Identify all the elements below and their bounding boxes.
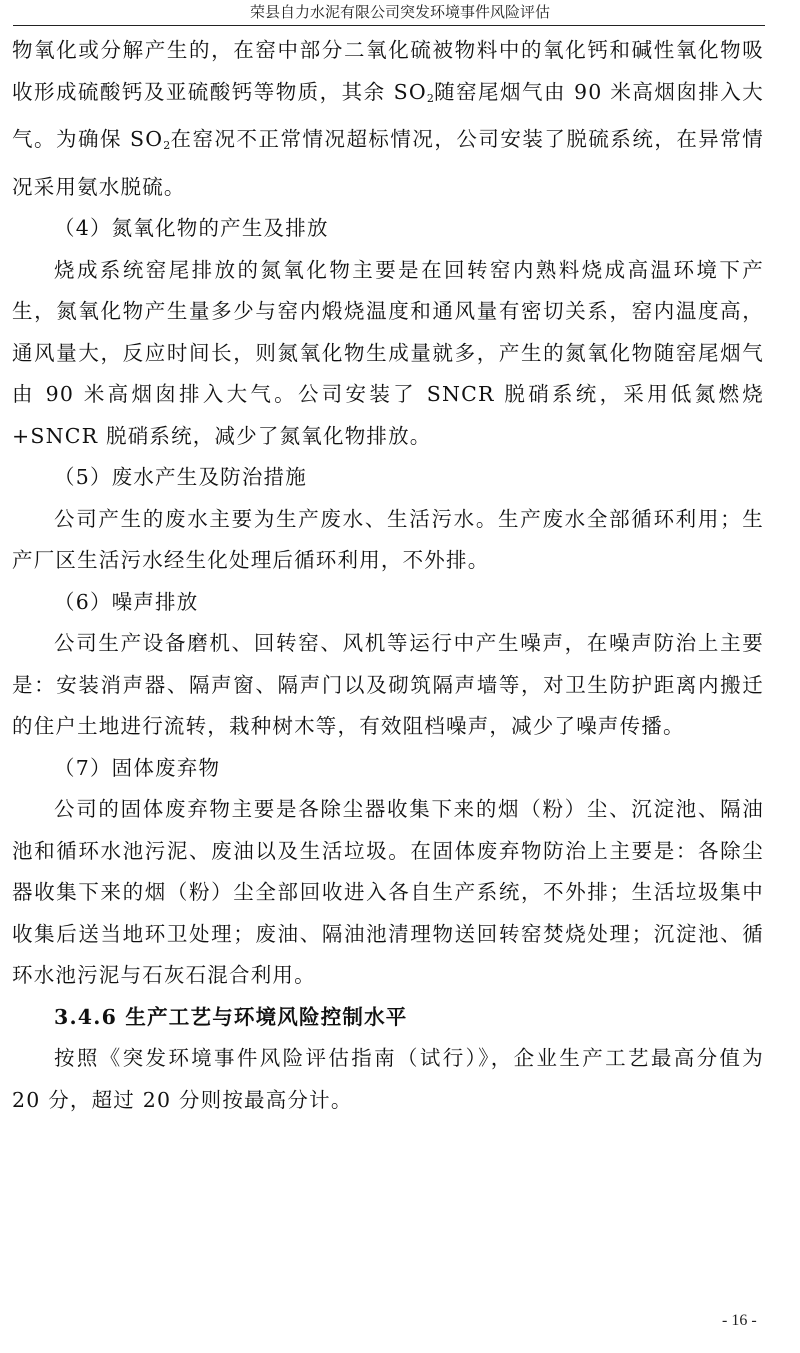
paragraph-wastewater: 公司产生的废水主要为生产废水、生活污水。生产废水全部循环利用；生产厂区生活污水经… <box>12 499 764 582</box>
header-divider <box>13 25 765 26</box>
paragraph-nox: 烧成系统窑尾排放的氮氧化物主要是在回转窑内熟料烧成高温环境下产生，氮氧化物产生量… <box>12 250 764 458</box>
paragraph-noise: 公司生产设备磨机、回转窑、风机等运行中产生噪声，在噪声防治上主要是：安装消声器、… <box>12 623 764 748</box>
subheading-noise: （6）噪声排放 <box>12 582 764 624</box>
page-number: - 16 - <box>722 1312 757 1330</box>
section-heading-3-4-6: 3.4.6 生产工艺与环境风险控制水平 <box>12 997 764 1039</box>
subheading-solid-waste: （7）固体废弃物 <box>12 748 764 790</box>
document-body: 物氧化或分解产生的，在窑中部分二氧化硫被物料中的氧化钙和碱性氧化物吸收形成硫酸钙… <box>12 30 764 1121</box>
paragraph-so2-emission: 物氧化或分解产生的，在窑中部分二氧化硫被物料中的氧化钙和碱性氧化物吸收形成硫酸钙… <box>12 30 764 208</box>
paragraph-solid-waste: 公司的固体废弃物主要是各除尘器收集下来的烟（粉）尘、沉淀池、隔油池和循环水池污泥… <box>12 789 764 997</box>
subheading-wastewater: （5）废水产生及防治措施 <box>12 457 764 499</box>
running-header: 荣县自力水泥有限公司突发环境事件风险评估 <box>0 3 800 21</box>
paragraph-guideline: 按照《突发环境事件风险评估指南（试行）》，企业生产工艺最高分值为 20 分，超过… <box>12 1038 764 1121</box>
subheading-nox: （4）氮氧化物的产生及排放 <box>12 208 764 250</box>
subscript: 2 <box>427 92 434 105</box>
